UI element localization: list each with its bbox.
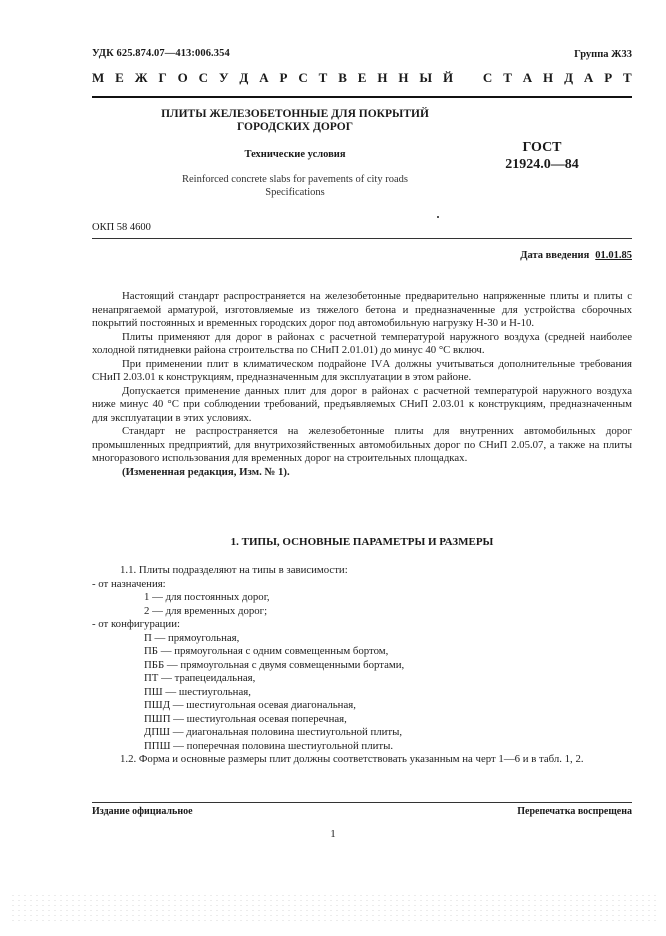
config-item: ПШД — шестиугольная осевая диагональная, [92,699,632,713]
banner-letter: Н [543,70,553,86]
config-item: ПШ — шестиугольная, [92,686,632,700]
config-item: ПБ — прямоугольная с одним совмещенным б… [92,645,632,659]
banner-letter: Т [623,70,632,86]
effective-date-value: 01.01.85 [595,250,632,261]
scan-artifact-noise [10,893,660,923]
banner-letter: А [523,70,532,86]
banner-letter: Г [158,70,166,86]
banner-letter: Р [280,70,288,86]
intro-paragraph: Стандарт не распространяется на железобе… [92,425,632,466]
gost-designation: ГОСТ 21924.0—84 [487,139,597,173]
banner-letter: У [219,70,229,86]
document-title: ПЛИТЫ ЖЕЛЕЗОБЕТОННЫЕ ДЛЯ ПОКРЫТИЙ ГОРОДС… [150,108,440,134]
config-label: - от конфигурации: [92,618,632,632]
banner-letter: Ы [419,70,432,86]
udk-code: УДК 625.874.07—413:006.354 [92,48,230,59]
gost-label: ГОСТ [487,139,597,156]
config-item: ПББ — прямоугольная с двумя совмещенными… [92,659,632,673]
section-1-content: 1.1. Плиты подразделяют на типы в зависи… [92,564,632,767]
banner-letter: А [259,70,268,86]
clause-1-1: 1.1. Плиты подразделяют на типы в зависи… [92,564,632,578]
banner-letter: Н [398,70,408,86]
gost-number: 21924.0—84 [487,156,597,173]
clause-1-2: 1.2. Форма и основные размеры плит должн… [92,753,632,767]
title-line-2: ГОРОДСКИХ ДОРОГ [150,121,440,134]
intro-paragraph: Настоящий стандарт распространяется на ж… [92,290,632,331]
group-code: Группа Ж33 [574,49,632,60]
footer-rule [92,802,632,803]
intro-paragraph: Допускается применение данных плит для д… [92,385,632,426]
document-subtitle: Технические условия [150,149,440,160]
official-edition-note: Издание официальное [92,806,193,817]
banner-gap [464,70,472,86]
okp-code: ОКП 58 4600 [92,222,151,233]
purpose-item: 2 — для временных дорог; [92,605,632,619]
intro-text: Настоящий стандарт распространяется на ж… [92,290,632,479]
intro-paragraph: Плиты применяют для дорог в районах с ра… [92,331,632,358]
banner-letter: Т [319,70,328,86]
purpose-label: - от назначения: [92,578,632,592]
section-heading: 1. ТИПЫ, ОСНОВНЫЕ ПАРАМЕТРЫ И РАЗМЕРЫ [92,536,632,548]
config-item: ППШ — поперечная половина шестиугольной … [92,740,632,754]
config-item: П — прямоугольная, [92,632,632,646]
effective-date: Дата введения01.01.85 [520,250,632,261]
banner-letter: Р [604,70,612,86]
banner-letter: М [92,70,104,86]
banner-letter: О [178,70,188,86]
banner-letter: В [338,70,347,86]
effective-date-label: Дата введения [520,250,589,261]
config-item: ДПШ — диагональная половина шестиугольно… [92,726,632,740]
banner-letter: Т [503,70,512,86]
english-title: Reinforced concrete slabs for pavements … [150,173,440,199]
english-title-line-2: Specifications [150,186,440,199]
header-rule [92,96,632,98]
amendment-note: (Измененная редакция, Изм. № 1). [92,466,632,480]
okp-rule [92,238,632,239]
config-item: ПШП — шестиугольная осевая поперечная, [92,713,632,727]
banner-letter: Е [358,70,367,86]
scan-speck [437,216,439,218]
config-item: ПТ — трапецеидальная, [92,672,632,686]
reprint-prohibited-note: Перепечатка воспрещена [517,806,632,817]
banner-letter: Д [564,70,573,86]
banner-letter: А [584,70,593,86]
banner-letter: Ж [135,70,148,86]
interstate-standard-banner: М Е Ж Г О С У Д А Р С Т В Е Н Н Ы Й С Т … [92,70,632,86]
page-number: 1 [0,828,666,840]
english-title-line-1: Reinforced concrete slabs for pavements … [150,173,440,186]
purpose-item: 1 — для постоянных дорог, [92,591,632,605]
intro-paragraph: При применении плит в климатическом подр… [92,358,632,385]
banner-letter: С [199,70,208,86]
banner-letter: Е [115,70,124,86]
banner-letter: С [298,70,307,86]
banner-letter: С [483,70,492,86]
banner-letter: Д [239,70,248,86]
title-line-1: ПЛИТЫ ЖЕЛЕЗОБЕТОННЫЕ ДЛЯ ПОКРЫТИЙ [150,108,440,121]
banner-letter: Й [443,70,453,86]
banner-letter: Н [377,70,387,86]
